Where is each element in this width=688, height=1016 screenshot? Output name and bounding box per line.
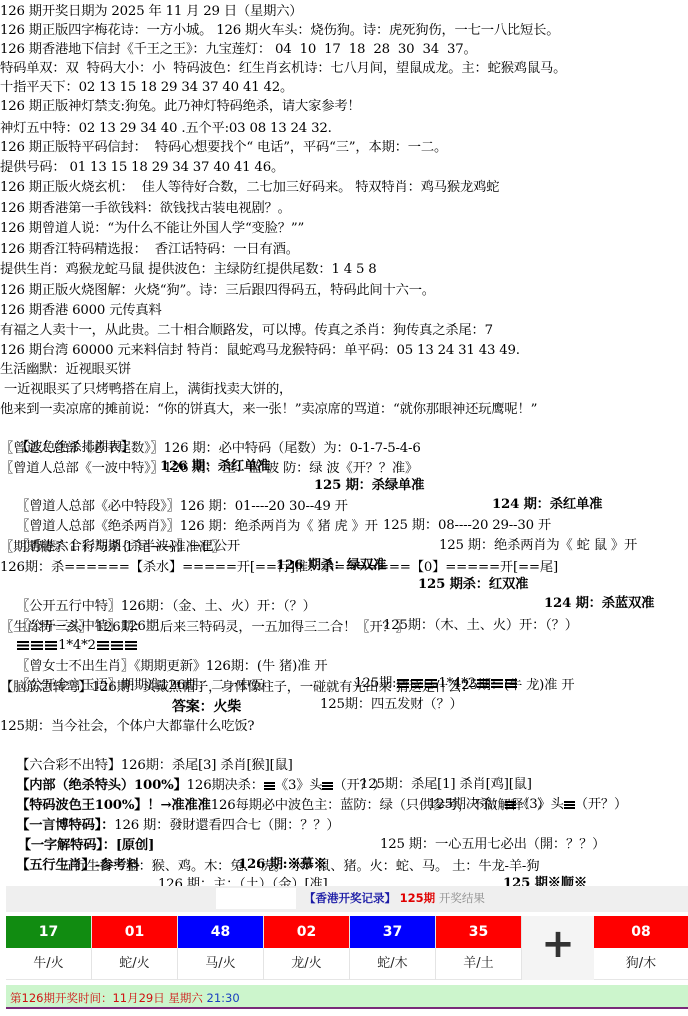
half-wave-125: 125 期杀：红双准 bbox=[418, 575, 528, 594]
provided-numbers-line: 提供号码： 01 13 15 18 29 34 37 40 41 46。 bbox=[0, 158, 284, 177]
underground-envelope-line: 126 期香港地下信封《千王之王》：九宝莲灯： 04 10 17 18 28 3… bbox=[0, 40, 477, 59]
kill-water-line: 126期：杀======【杀水】=====开[==行]准！杀=======【0】… bbox=[0, 558, 558, 577]
riddle-126-line: 【脑筋急转弯】126期：头戴黑帽子，身体像柱子，一碰就有光出来 猜这是什么? bbox=[0, 678, 468, 697]
next-draw-label: 第126期开奖时间：11月29日 星期六 bbox=[10, 991, 203, 1005]
ball-zodiac: 狗/木 bbox=[594, 948, 688, 980]
zeng-kill-125: 125 期：绝杀两肖为《 蛇 鼠 》开 bbox=[439, 536, 637, 555]
ball-zodiac: 马/火 bbox=[178, 948, 263, 980]
ball-6: 35 羊/土 bbox=[436, 916, 522, 980]
humor-line-2: 他来到一卖凉席的摊前说：“你的饼真大，来一张！”卖凉席的骂道：“就你那眼神还玩鹰… bbox=[0, 400, 537, 419]
zeng-segment-125: 125 期：08----20 29--30 开 bbox=[383, 516, 551, 535]
next-draw-bar: 第126期开奖时间：11月29日 星期六 21:30 bbox=[6, 985, 688, 1009]
zodiac-one-line: 〖生肖特一玄〗 126期：二后来三特码灵，一五加得三二合！〖开？〗 bbox=[0, 618, 409, 637]
ball-number: 37 bbox=[350, 916, 435, 948]
one-word-bet-125: 125 期：一心五用七必出（開：？？） bbox=[380, 835, 605, 854]
results-period: 125期 bbox=[400, 891, 436, 905]
ball-number: 08 bbox=[594, 916, 688, 948]
ball-zodiac: 羊/土 bbox=[436, 948, 521, 980]
five-elements-125: 125期：（木、土、火）开：（？） bbox=[383, 616, 578, 635]
half-wave-124: 124 期：杀蓝双准 bbox=[544, 594, 654, 613]
draw-date-line: 126 期开奖日期为 2025 年 11 月 29 日（星期六） bbox=[0, 2, 302, 21]
ball-4: 02 龙/火 bbox=[264, 916, 350, 980]
plus-icon: + bbox=[522, 916, 594, 980]
ten-fingers-line: 十指平天下：02 13 15 18 29 34 37 40 41 42。 bbox=[0, 78, 293, 97]
odd-even-line: 特码单双：双 特码大小：小 特码波色：红生肖玄机诗：七八月间，望鼠成龙。主：蛇猴… bbox=[0, 59, 566, 78]
magic-lamp-line: 126 期正版神灯禁支:狗兔。此乃神灯特码绝杀，请大家参考！ bbox=[0, 97, 361, 116]
xiangjiang-line: 126 期香江特码精选报： 香江话特码：一日有酒。 bbox=[0, 240, 299, 259]
ball-number: 35 bbox=[436, 916, 521, 948]
ball-5: 37 蛇/木 bbox=[350, 916, 436, 980]
fire-diagram-line: 126 期正版火烧图解：火烧“狗”。诗：三后跟四得码五，特码此间十六一。 bbox=[0, 281, 435, 300]
ball-zodiac: 蛇/木 bbox=[350, 948, 435, 980]
special-ball: 08 狗/木 bbox=[594, 916, 688, 980]
ball-zodiac: 牛/火 bbox=[6, 948, 91, 980]
ball-number: 48 bbox=[178, 916, 263, 948]
results-header: 【香港开奖记录】 125期 开奖结果 bbox=[6, 886, 688, 912]
hk-first-hand-line: 126 期香港第一手欲钱料：欲钱找古装电视剧？。 bbox=[0, 199, 291, 218]
hk-fax-title-line: 126 期香港 6000 元传真料 bbox=[0, 301, 162, 320]
riddle-125-line: 125期：当今社会，个体户大都靠什么吃饭? bbox=[0, 717, 254, 736]
ball-zodiac: 龙/火 bbox=[264, 948, 349, 980]
ball-2: 01 蛇/火 bbox=[92, 916, 178, 980]
flat-code-envelope-line: 126 期正版特平码信封： 特码心想要找个“ 电话”，平码“三”，本期：一二。 bbox=[0, 138, 447, 157]
zeng-wave-line: 〖曾道人总部《一波中特》〗126 期： 主：蓝 波 防：绿 波《开？？准》 bbox=[0, 459, 418, 478]
zeng-tail-line: 〖曾道人总部《必中尾数》〗126 期：必中特码（尾数）为：0-1-7-5-4-6 bbox=[0, 439, 421, 458]
ball-1: 17 牛/火 bbox=[6, 916, 92, 980]
bar-icon bbox=[564, 801, 575, 809]
ball-number: 01 bbox=[92, 916, 177, 948]
ball-number: 02 bbox=[264, 916, 349, 948]
fire-mystery-line: 126 期正版火烧玄机： 佳人等待好合数，二七加三好码来。 特双特肖：鸡马猴龙鸡… bbox=[0, 178, 499, 197]
ball-number: 17 bbox=[6, 916, 91, 948]
wave-kill-124: 124 期：杀红单准 bbox=[492, 495, 602, 514]
golden-words-125: 125期：四五发财（？） bbox=[320, 695, 463, 714]
precise-kill-line: 〖期期精杀 1 行与杀 1 尾→→准准准〗 bbox=[0, 538, 225, 557]
five-zodiac-detail: 五行生肖：金：猴、鸡。木：兔、-虎。 水：鼠、猪。火：蛇、马。 土：牛龙-羊-狗 bbox=[60, 857, 539, 876]
humor-line-1: 一近视眼买了只烤鸭搭在肩上，满街找卖大饼的， bbox=[0, 380, 292, 399]
draw-results: 17 牛/火 01 蛇/火 48 马/火 02 龙/火 37 蛇/木 35 羊/… bbox=[6, 916, 688, 980]
ball-zodiac: 蛇/火 bbox=[92, 948, 177, 980]
header-blank-box bbox=[216, 888, 296, 909]
hk-fax-content-line: 有福之人卖十一，从此贵。二十相合顺路发，可以博。传真之杀肖：狗传真之杀尾：7 bbox=[0, 321, 493, 340]
results-title-link[interactable]: 【香港开奖记录】 bbox=[304, 891, 396, 905]
ball-3: 48 马/火 bbox=[178, 916, 264, 980]
lady-zodiac-125: 125期：(牛 龙)准 开 bbox=[453, 676, 574, 695]
riddle-answer: 答案：火柴 bbox=[172, 698, 241, 717]
provided-zodiac-line: 提供生肖：鸡猴龙蛇马鼠 提供波色：主绿防红提供尾数：1 4 5 8 bbox=[0, 260, 377, 279]
zeng-says-line: 126 期曾道人说：“为什么不能让外国人学“变脸？”” bbox=[0, 219, 304, 238]
inner-kill-125-open: （开？） bbox=[575, 797, 627, 812]
plum-poem-line: 126 期正版四字梅花诗：一方小城。 126 期火车头：烧伤狗。诗：虎死狗伤，一… bbox=[0, 21, 559, 40]
next-draw-time: 21:30 bbox=[207, 991, 240, 1005]
results-suffix: 开奖结果 bbox=[439, 891, 485, 905]
lamp-five-line: 神灯五中特：02 13 29 34 40 .五个平:03 08 13 24 32… bbox=[0, 119, 332, 138]
humor-title-line: 生活幽默：近视眼买饼 bbox=[0, 360, 131, 379]
taiwan-envelope-line: 126 期台湾 60000 元来料信封 特肖：鼠蛇鸡马龙猴特码：单平码：05 1… bbox=[0, 341, 520, 360]
